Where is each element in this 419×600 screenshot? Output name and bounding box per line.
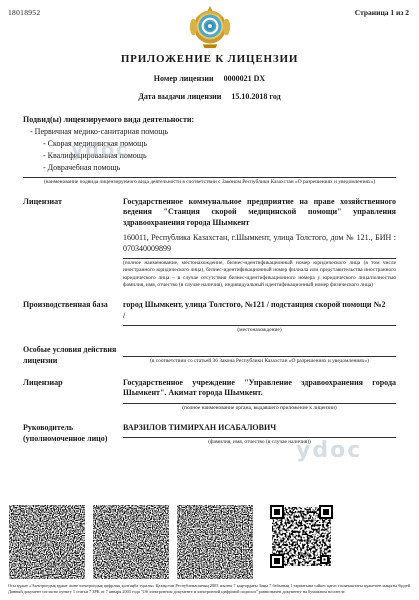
licensor-label: Лицензиар: [23, 378, 123, 412]
license-date-line: Дата выдачи лицензии 15.10.2018 год: [0, 92, 419, 101]
qr-finder-top-right: [319, 505, 333, 519]
subtype-item: - Квалифицированная помощь: [43, 151, 396, 160]
licensee-section: Лицензиат Государственное коммунальное п…: [0, 197, 419, 289]
datamatrix-code-2: [93, 505, 169, 579]
license-number-label: Номер лицензии: [154, 74, 214, 83]
production-base-value-2: /: [123, 311, 396, 321]
datamatrix-code-1: [9, 505, 85, 579]
production-base-caption: (местонахождение): [123, 325, 396, 334]
qr-finder-top-left: [270, 505, 284, 519]
license-date-label: Дата выдачи лицензии: [138, 92, 221, 101]
production-base-label: Производственная база: [23, 300, 123, 334]
signature-codes-row: [9, 505, 333, 579]
subtypes-section: Подвид(ы) лицензируемого вида деятельнос…: [0, 115, 419, 186]
subtype-item: - Доврачебная помощь: [43, 163, 396, 172]
subtype-item: - Скорая медицинская помощь: [43, 139, 396, 148]
special-conditions-label: Особые условия действия лицензии: [23, 345, 123, 367]
licensee-label: Лицензиат: [23, 197, 123, 289]
license-number-line: Номер лицензии 0000021 DX: [0, 74, 419, 83]
legal-footer-text: Осы құжат «Электрондық құжат және электр…: [8, 583, 411, 595]
licensor-value: Государственное учреждение "Управление з…: [123, 378, 396, 399]
subtype-item: - Первичная медико-санитарная помощь: [30, 127, 396, 136]
licensor-section: Лицензиар Государственное учреждение "Уп…: [0, 378, 419, 412]
license-number-value: 0000021 DX: [224, 74, 266, 83]
production-base-value: город Шымкент, улица Толстого, №121 / по…: [123, 300, 396, 310]
head-person-section: Руководитель (уполномоченное лицо) ВАРЗИ…: [0, 423, 419, 447]
special-conditions-caption: (в соответствии со статьей 36 Закона Рес…: [123, 356, 396, 365]
qr-alignment-square: [320, 555, 329, 564]
head-person-name: ВАРЗИЛОВ ТИМИРХАН ИСАБАЛОВИЧ: [123, 423, 396, 433]
license-date-value: 15.10.2018 год: [231, 92, 280, 101]
licensee-name: Государственное коммунальное предприятие…: [123, 197, 396, 228]
head-person-caption: (фамилия, имя, отчество (в случае наличи…: [123, 437, 396, 446]
subtypes-caption: (наименование подвида лицензируемого вид…: [23, 177, 396, 186]
licensee-caption: (полное наименование, местонахождение, б…: [123, 258, 396, 289]
head-person-label: Руководитель (уполномоченное лицо): [23, 423, 123, 447]
special-conditions-section: Особые условия действия лицензии (в соот…: [0, 345, 419, 367]
production-base-section: Производственная база город Шымкент, ули…: [0, 300, 419, 334]
license-appendix-document: 18018952 Страница 1 из 2 ПРИЛОЖЕНИЕ К ЛИ…: [0, 0, 419, 600]
kazakhstan-emblem-icon: [188, 4, 232, 55]
licensee-address: 160011, Республика Казахстан, г.Шымкент,…: [123, 233, 396, 254]
subtypes-heading: Подвид(ы) лицензируемого вида деятельнос…: [23, 115, 396, 124]
document-number: 18018952: [8, 8, 40, 17]
qr-code: [270, 505, 333, 568]
licensor-caption: (полное наименование органа, выдавшего п…: [123, 403, 396, 412]
datamatrix-code-3: [177, 505, 253, 579]
page-indicator: Страница 1 из 2: [355, 8, 409, 17]
qr-finder-bottom-left: [270, 554, 284, 568]
